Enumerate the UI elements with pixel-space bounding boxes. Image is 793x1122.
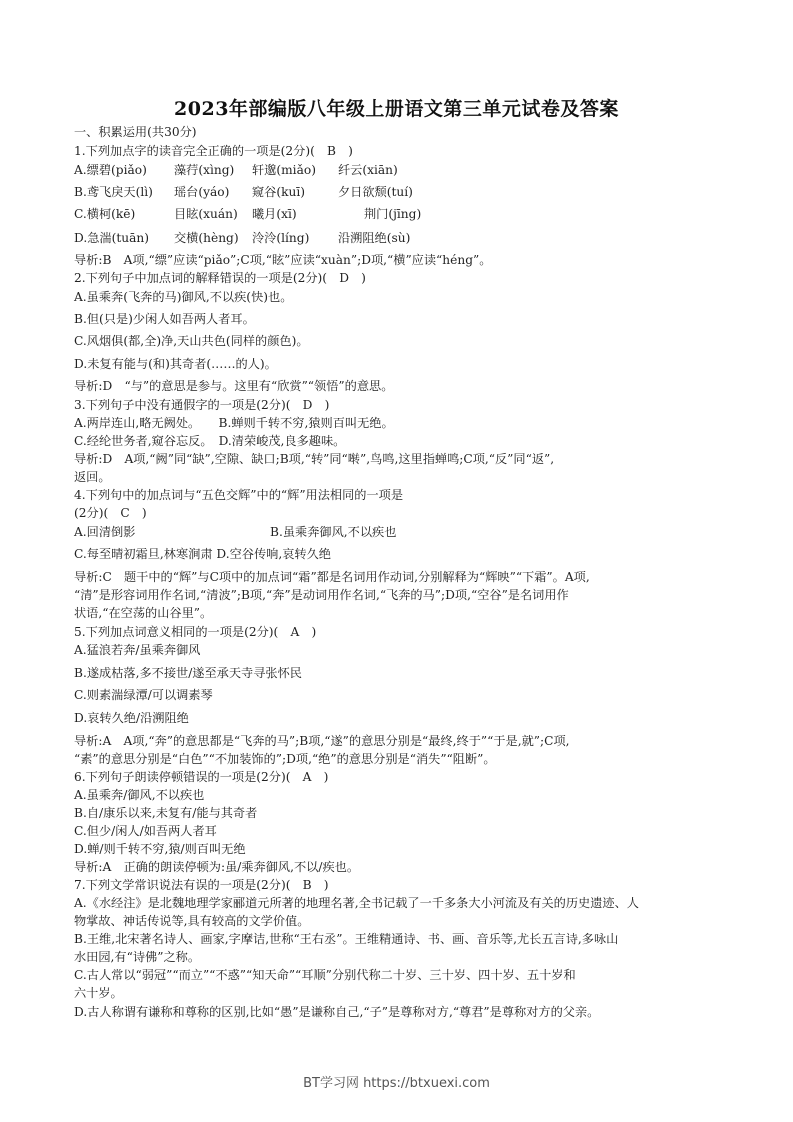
question-4-analysis: 导析:C 题干中的“辉”与C项中的加点词“霜”都是名词用作动词,分别解释为“辉映… [74,569,590,585]
question-4-options-cd: C.每至晴初霜旦,林寒涧肃 D.空谷传响,哀转久绝 [74,546,331,562]
page-title: 2023年部编版八年级上册语文第三单元试卷及答案 [0,94,793,121]
question-4-analysis-cont-1: “清”是形容词用作名词,“清波”;B项,“奔”是动词用作名词,“飞奔的马”;D项… [74,587,569,603]
question-2-option-a: A.虽乘奔(飞奔的马)御风,不以疾(快)也。 [74,289,292,305]
question-1-option-a: A.缥碧(piǎo)藻荇(xìng)轩邈(miǎo)纤云(xiān) [74,162,398,178]
question-1-option-b: B.鸢飞戾天(lì)瑶台(yáo)窥谷(kuī)夕日欲颓(tuí) [74,184,413,200]
section-heading: 一、积累运用(共30分) [74,124,197,140]
question-6-stem: 6.下列句子朗读停顿错误的一项是(2分)( A ) [74,769,328,785]
question-6-option-c: C.但少/闲人/如吾两人者耳 [74,823,217,839]
question-1-option-d: D.急湍(tuān)交横(hèng)泠泠(líng)沿溯阻绝(sù) [74,230,410,246]
question-5-option-a: A.猛浪若奔/虽乘奔御风 [74,642,200,658]
question-4-analysis-cont-2: 状语,“在空荡的山谷里”。 [74,605,212,621]
question-7-option-c: C.古人常以“弱冠”“而立”“不惑”“知天命”“耳顺”分别代称二十岁、三十岁、四… [74,967,576,983]
question-4-stem-cont: (2分)( C ) [74,505,147,521]
question-5-analysis: 导析:A A项,“奔”的意思都是“飞奔的马”;B项,“遂”的意思分别是“最终,终… [74,733,570,749]
question-1-stem: 1.下列加点字的读音完全正确的一项是(2分)( B ) [74,143,353,159]
question-5-option-c: C.则素湍绿潭/可以调素琴 [74,687,213,703]
question-7-stem: 7.下列文学常识说法有误的一项是(2分)( B ) [74,877,329,893]
question-7-option-b-cont: 水田园,有“诗佛”之称。 [74,949,200,965]
question-6-analysis: 导析:A 正确的朗读停顿为:虽/乘奔御风,不以/疾也。 [74,859,359,875]
question-4-stem: 4.下列句中的加点词与“五色交辉”中的“辉”用法相同的一项是 [74,487,403,503]
exam-page: 2023年部编版八年级上册语文第三单元试卷及答案 一、积累运用(共30分) 1.… [0,0,793,1122]
question-7-option-a-cont: 物掌故、神话传说等,具有较高的文学价值。 [74,913,309,929]
question-7-option-b: B.王维,北宋著名诗人、画家,字摩诘,世称“王右丞”。王维精通诗、书、画、音乐等… [74,931,618,947]
question-3-options-ab: A.两岸连山,略无阙处。 B.蝉则千转不穷,猿则百叫无绝。 [74,415,394,431]
question-2-analysis: 导析:D “与”的意思是参与。这里有“欣赏”“领悟”的意思。 [74,378,393,394]
question-3-analysis-cont: 返回。 [74,469,111,485]
question-5-analysis-cont: “素”的意思分别是“白色”“不加装饰的”;D项,“绝”的意思分别是“消失”“阻断… [74,751,496,767]
question-2-option-b: B.但(只是)少闲人如吾两人者耳。 [74,311,255,327]
question-3-analysis: 导析:D A项,“阙”同“缺”,空隙、缺口;B项,“转”同“啭”,鸟鸣,这里指蝉… [74,451,554,467]
question-3-options-cd: C.经纶世务者,窥谷忘反。 D.清荣峻茂,良多趣味。 [74,433,345,449]
question-2-stem: 2.下列句子中加点词的解释错误的一项是(2分)( D ) [74,270,366,286]
question-7-option-d: D.古人称谓有谦称和尊称的区别,比如“愚”是谦称自己,“子”是尊称对方,“尊君”… [74,1004,599,1020]
question-6-option-a: A.虽乘奔/御风,不以疾也 [74,787,204,803]
question-2-option-c: C.风烟俱(都,全)净,天山共色(同样的颜色)。 [74,333,309,349]
question-4-options-ab: A.回清倒影B.虽乘奔御风,不以疾也 [74,524,396,540]
site-watermark: BT学习网 https://btxuexi.com [0,1072,793,1091]
question-2-option-d: D.未复有能与(和)其奇者(……的人)。 [74,356,277,372]
question-5-option-b: B.遂成枯落,多不接世/遂至承天寺寻张怀民 [74,665,302,681]
question-3-stem: 3.下列句子中没有通假字的一项是(2分)( D ) [74,397,329,413]
question-5-option-d: D.哀转久绝/沿溯阻绝 [74,710,189,726]
question-7-option-c-cont: 六十岁。 [74,985,123,1001]
question-1-analysis: 导析:B A项,“缥”应读“piǎo”;C项,“眩”应读“xuàn”;D项,“横… [74,252,491,268]
question-1-option-c: C.横柯(kē)目眩(xuán)曦月(xī)荆门(jīng) [74,206,421,222]
question-6-option-b: B.自/康乐以来,未复有/能与其奇者 [74,805,257,821]
question-5-stem: 5.下列加点词意义相同的一项是(2分)( A ) [74,624,316,640]
question-7-option-a: A.《水经注》是北魏地理学家郦道元所著的地理名著,全书记载了一千多条大小河流及有… [74,895,639,911]
question-6-option-d: D.蝉/则千转不穷,猿/则百叫无绝 [74,841,246,857]
